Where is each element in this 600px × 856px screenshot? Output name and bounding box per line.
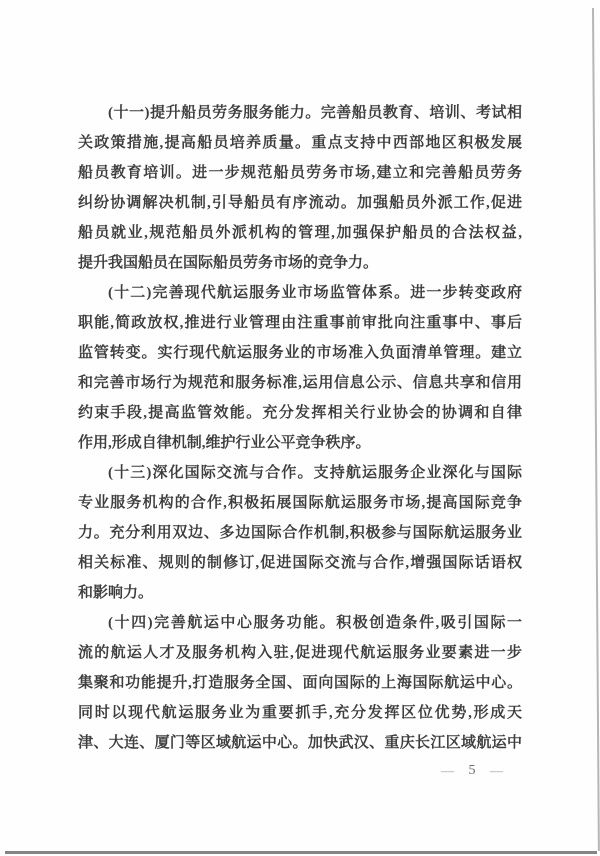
text-line: 监管转变。实行现代航运服务业的市场准入负面清单管理。建立 (78, 338, 522, 368)
para-11-seafarer-labor-services: (十一)提升船员劳务服务能力。完善船员教育、培训、考试相关政策措施,提高船员培养… (78, 98, 522, 278)
text-line: 流的航运人才及服务机构入驻,促进现代航运服务业要素进一步 (78, 638, 522, 668)
page-number-value: 5 (469, 762, 476, 780)
text-line: 同时以现代航运服务业为重要抓手,充分发挥区位优势,形成天 (78, 698, 522, 728)
text-line: (十一)提升船员劳务服务能力。完善船员教育、培训、考试相 (78, 98, 522, 128)
text-line: 作用,形成自律机制,维护行业公平竞争秩序。 (78, 428, 522, 458)
page-number-right-dash: — (490, 762, 503, 780)
page-number: — 5 — (441, 762, 503, 780)
para-14-shipping-center-service-functions: (十四)完善航运中心服务功能。积极创造条件,吸引国际一流的航运人才及服务机构入驻… (78, 608, 522, 758)
scan-edge-line-bottom (5, 851, 597, 854)
para-13-international-exchange-cooperation: (十三)深化国际交流与合作。支持航运服务企业深化与国际专业服务机构的合作,积极拓… (78, 458, 522, 608)
text-line: 船员就业,规范船员外派机构的管理,加强保护船员的合法权益, (78, 218, 522, 248)
document-body: (十一)提升船员劳务服务能力。完善船员教育、培训、考试相关政策措施,提高船员培养… (78, 98, 522, 758)
text-line: 职能,简政放权,推进行业管理由注重事前审批向注重事中、事后 (78, 308, 522, 338)
page-number-left-dash: — (441, 762, 454, 780)
text-line: 约束手段,提高监管效能。充分发挥相关行业协会的协调和自律 (78, 398, 522, 428)
text-line: 关政策措施,提高船员培养质量。重点支持中西部地区积极发展 (78, 128, 522, 158)
scan-edge-line-right (592, 8, 600, 851)
text-line: (十四)完善航运中心服务功能。积极创造条件,吸引国际一 (78, 608, 522, 638)
text-line: 船员教育培训。进一步规范船员劳务市场,建立和完善船员劳务 (78, 158, 522, 188)
text-line: 力。充分利用双边、多边国际合作机制,积极参与国际航运服务业 (78, 518, 522, 548)
text-line: 津、大连、厦门等区域航运中心。加快武汉、重庆长江区域航运中 (78, 728, 522, 758)
text-line: 提升我国船员在国际船员劳务市场的竞争力。 (78, 248, 522, 278)
text-line: 集聚和功能提升,打造服务全国、面向国际的上海国际航运中心。 (78, 668, 522, 698)
para-12-market-supervision-system: (十二)完善现代航运服务业市场监管体系。进一步转变政府职能,简政放权,推进行业管… (78, 278, 522, 458)
text-line: (十二)完善现代航运服务业市场监管体系。进一步转变政府 (78, 278, 522, 308)
document-page: (十一)提升船员劳务服务能力。完善船员教育、培训、考试相关政策措施,提高船员培养… (0, 0, 600, 856)
text-line: 和完善市场行为规范和服务标准,运用信息公示、信息共享和信用 (78, 368, 522, 398)
text-line: 专业服务机构的合作,积极拓展国际航运服务市场,提高国际竞争 (78, 488, 522, 518)
text-line: (十三)深化国际交流与合作。支持航运服务企业深化与国际 (78, 458, 522, 488)
text-line: 纠纷协调解决机制,引导船员有序流动。加强船员外派工作,促进 (78, 188, 522, 218)
text-line: 相关标准、规则的制修订,促进国际交流与合作,增强国际话语权 (78, 548, 522, 578)
text-line: 和影响力。 (78, 578, 522, 608)
